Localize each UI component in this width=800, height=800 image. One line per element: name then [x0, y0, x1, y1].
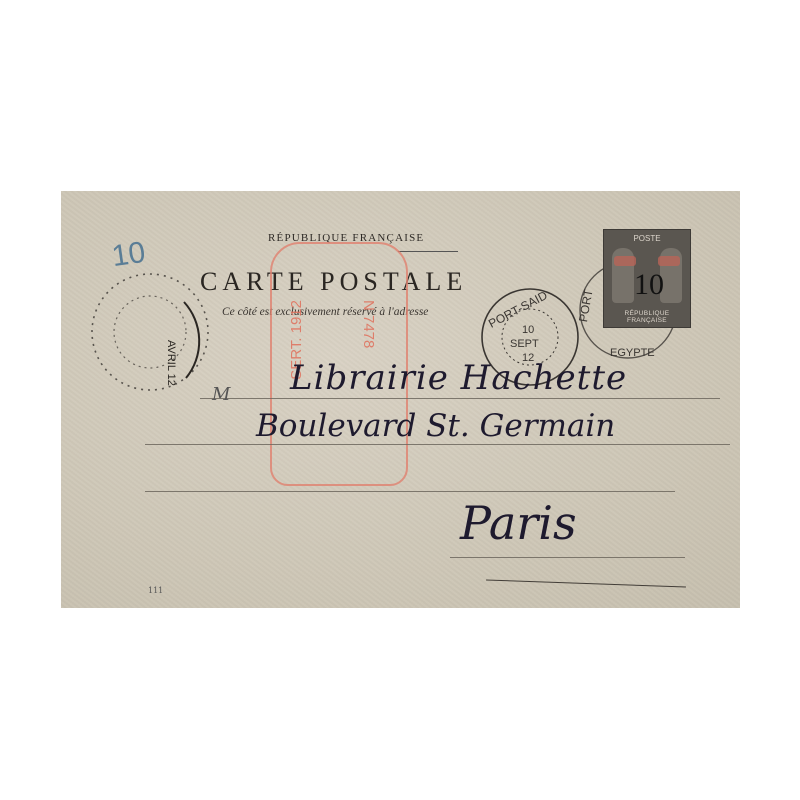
- stamp-overprint: [658, 256, 680, 266]
- address-recipient: Librairie Hachette: [290, 358, 627, 398]
- svg-text:AVRIL 12: AVRIL 12: [165, 340, 177, 386]
- stamp-value: 10: [634, 268, 664, 302]
- address-city: Paris: [460, 496, 577, 550]
- address-line-1: [200, 398, 720, 399]
- red-cachet-number: N 7478: [360, 300, 377, 348]
- stamp-top-label: POSTE: [604, 234, 690, 243]
- postage-stamp: POSTE 10 RÉPUBLIQUE FRANÇAISE: [603, 229, 691, 328]
- svg-text:10: 10: [522, 324, 534, 336]
- form-number: 111: [148, 586, 163, 595]
- stamp-bottom-label: RÉPUBLIQUE FRANÇAISE: [606, 310, 688, 324]
- address-line-3: [145, 491, 675, 492]
- arrival-postmark-icon: AVRIL 12: [88, 262, 228, 402]
- address-line-2: [145, 444, 730, 445]
- ornament-divider: [398, 251, 458, 252]
- svg-text:PORT: PORT: [576, 287, 596, 323]
- svg-text:PORT-SAID: PORT-SAID: [486, 288, 550, 331]
- address-line-4: [450, 557, 685, 558]
- address-street: Boulevard St. Germain: [256, 408, 615, 444]
- svg-text:SEPT: SEPT: [510, 338, 539, 350]
- address-prefix: M: [212, 384, 230, 405]
- stamp-overprint: [614, 256, 636, 266]
